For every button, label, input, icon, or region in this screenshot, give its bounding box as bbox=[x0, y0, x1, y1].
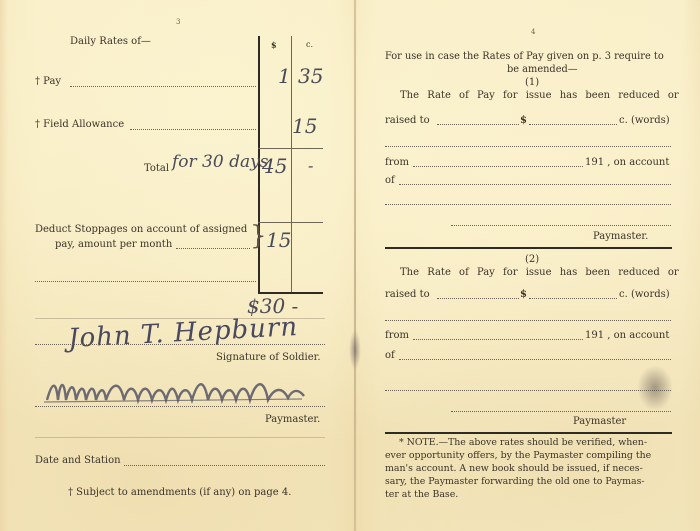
total-cents: - bbox=[308, 156, 313, 175]
cents-words-label: c. (words) bbox=[619, 115, 670, 126]
from-label: from bbox=[385, 157, 409, 168]
signature-of-soldier-label: Signature of Soldier. bbox=[216, 352, 321, 363]
paymaster-signature-line bbox=[35, 406, 325, 407]
raised-to-dollars-field[interactable] bbox=[437, 124, 519, 125]
words-field[interactable] bbox=[385, 146, 671, 147]
note-block: * NOTE.—The above rates should be verifi… bbox=[385, 436, 673, 501]
raised-to-label: raised to bbox=[385, 115, 430, 126]
intro-line-1: For use in case the Rates of Pay given o… bbox=[385, 51, 664, 62]
intro-line-2: be amended— bbox=[507, 64, 578, 75]
raised-to-cents-field[interactable] bbox=[529, 124, 617, 125]
total-label: Total bbox=[144, 163, 169, 174]
note-line: sary, the Paymaster forwarding the old o… bbox=[385, 475, 673, 488]
faint-rule-2 bbox=[35, 437, 325, 438]
account-reason-field[interactable] bbox=[399, 359, 671, 360]
paymaster-label: Paymaster. bbox=[593, 231, 648, 242]
note-divider bbox=[385, 432, 672, 434]
pay-cents: 35 bbox=[298, 64, 323, 88]
deduct-dollars: 15 bbox=[266, 228, 291, 252]
page-number: 4 bbox=[531, 28, 535, 36]
raised-to-dollars-field[interactable] bbox=[437, 298, 519, 299]
from-label: from bbox=[385, 330, 409, 341]
note-line: ter at the Base. bbox=[385, 488, 673, 501]
page-4: 4 For use in case the Rates of Pay given… bbox=[357, 0, 700, 531]
daily-rates-heading: Daily Rates of— bbox=[70, 36, 151, 47]
section-text: The Rate of Pay for issue has been reduc… bbox=[400, 90, 679, 101]
total-dollars: 45 bbox=[262, 154, 287, 178]
of-label: of bbox=[385, 350, 395, 361]
account-reason-field[interactable] bbox=[399, 184, 671, 185]
cents-header: c. bbox=[306, 40, 313, 49]
from-date-field[interactable] bbox=[413, 339, 583, 340]
deduct-label-line2: pay, amount per month bbox=[55, 239, 172, 250]
dollar-sign: $ bbox=[520, 289, 527, 300]
note-line: * NOTE.—The above rates should be verifi… bbox=[385, 436, 673, 449]
note-line: man's account. A new book should be issu… bbox=[385, 462, 673, 475]
section-number: (2) bbox=[525, 254, 539, 265]
footnote: † Subject to amendments (if any) on page… bbox=[68, 487, 291, 498]
ink-stain bbox=[637, 365, 673, 411]
words-field[interactable] bbox=[385, 320, 671, 321]
paymaster-signature bbox=[42, 372, 312, 408]
deduct-brace: } bbox=[250, 221, 267, 251]
date-and-station-line bbox=[124, 465, 325, 466]
of-label: of bbox=[385, 175, 395, 186]
dollars-header: $ bbox=[271, 40, 277, 50]
paymaster-label: Paymaster bbox=[573, 416, 626, 427]
year-on-account-label: 191 , on account bbox=[585, 330, 669, 341]
date-and-station-label: Date and Station bbox=[35, 455, 121, 466]
year-on-account-label: 191 , on account bbox=[585, 157, 669, 168]
field-allowance-cents: 15 bbox=[292, 114, 317, 138]
paymaster-signature-field[interactable] bbox=[451, 225, 671, 226]
table-total-rule bbox=[258, 148, 323, 149]
field-allowance-dotted-leader bbox=[130, 129, 256, 130]
total-handwritten-note: for 30 days bbox=[172, 152, 268, 172]
pay-dollars: 1 bbox=[278, 64, 291, 88]
account-reason-field-2[interactable] bbox=[385, 204, 671, 205]
section-text: The Rate of Pay for issue has been reduc… bbox=[400, 267, 679, 278]
page-number: 3 bbox=[176, 18, 180, 26]
table-deduct-rule bbox=[258, 222, 323, 223]
section-number: (1) bbox=[525, 77, 539, 88]
table-column-divider bbox=[291, 36, 292, 294]
deduct-label-line1: Deduct Stoppages on account of assigned bbox=[35, 224, 247, 235]
pay-label: † Pay bbox=[35, 76, 61, 87]
soldier-signature-line bbox=[35, 344, 325, 345]
from-date-field[interactable] bbox=[413, 166, 583, 167]
paymaster-signature-field[interactable] bbox=[451, 411, 671, 412]
paymaster-label: Paymaster. bbox=[265, 414, 320, 425]
note-line: ever opportunity offers, by the Paymaste… bbox=[385, 449, 673, 462]
account-reason-field-2[interactable] bbox=[385, 390, 671, 391]
pay-dotted-leader bbox=[70, 86, 256, 87]
dollar-sign: $ bbox=[520, 115, 527, 126]
deduct-dotted-leader bbox=[176, 248, 250, 249]
raised-to-label: raised to bbox=[385, 289, 430, 300]
cents-words-label: c. (words) bbox=[619, 289, 670, 300]
field-allowance-label: † Field Allowance bbox=[35, 119, 124, 130]
section-divider bbox=[385, 247, 672, 249]
raised-to-cents-field[interactable] bbox=[529, 298, 617, 299]
page-3: 3 Daily Rates of— $ c. † Pay 1 35 † Fiel… bbox=[0, 0, 355, 531]
blank-dotted-line bbox=[35, 281, 256, 282]
